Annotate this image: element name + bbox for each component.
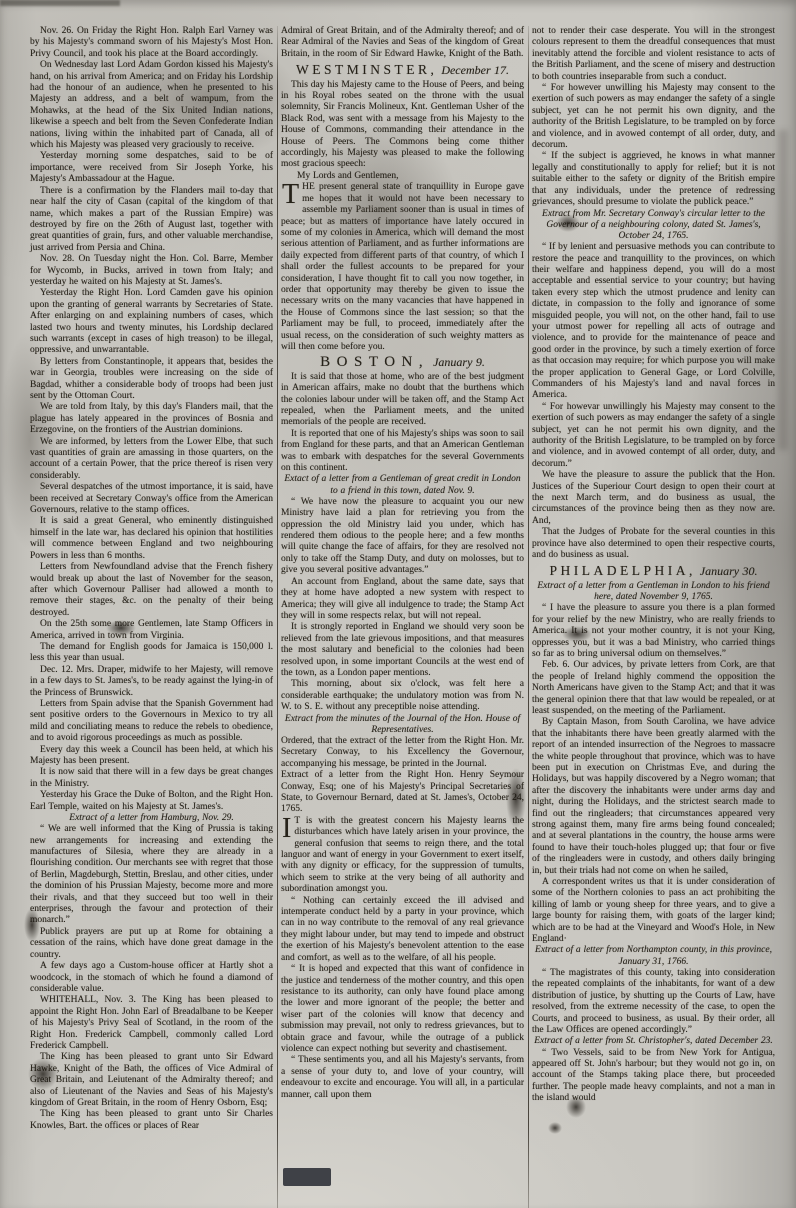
paragraph: The demand for English goods for Jamaica…: [30, 642, 273, 665]
paragraph: Several despatches of the utmost importa…: [30, 482, 273, 516]
paragraph: It is now said that there will in a few …: [30, 767, 273, 790]
extract-heading: Extact of a letter from a Gentleman of g…: [281, 474, 524, 496]
extract-heading: Extract from the minutes of the Journal …: [281, 714, 524, 736]
paragraph-text: By letters from Constantinople, it appea…: [30, 357, 273, 401]
dateline-date: January 9.: [433, 355, 485, 369]
paragraph: Nov. 26. On Friday the Right Hon. Ralph …: [30, 26, 273, 60]
paragraph-text: not to render their case desperate. You …: [532, 26, 775, 82]
paragraph: It is said that those at home, who are o…: [281, 372, 524, 429]
paragraph-text: There is a confirmation by the Flanders …: [30, 186, 273, 253]
paragraph-text: Yesterday his Grace the Duke of Bolton, …: [30, 790, 273, 811]
paragraph-text: Dec. 12. Mrs. Draper, midwife to her Maj…: [30, 665, 273, 698]
paragraph: not to render their case desperate. You …: [532, 26, 775, 83]
paragraph-text: WHITEHALL, Nov. 3. The King has been ple…: [30, 995, 273, 1051]
paragraph-text: “ The magistrates of this county, taking…: [532, 968, 775, 1035]
dateline-name: BOSTON,: [320, 354, 429, 370]
paragraph-text: Extract of a letter from the Right Hon. …: [281, 770, 524, 814]
section-dateline: BOSTON, January 9.: [281, 357, 524, 368]
dateline-name: WESTMINSTER,: [296, 62, 437, 77]
salutation: My Lords and Gentlemen,: [281, 171, 524, 182]
paragraph: Yesterday morning some despatches, said …: [30, 151, 273, 185]
paragraph: By letters from Constantinople, it appea…: [30, 357, 273, 403]
paragraph-text: Feb. 6. Our advices, by private letters …: [532, 660, 775, 716]
paragraph-text: The King has been pleased to grant unto …: [30, 1109, 273, 1130]
scan-edge-streak: [778, 130, 788, 450]
paragraph: On Wednesday last Lord Adam Gordon kisse…: [30, 60, 273, 151]
paragraph: Feb. 6. Our advices, by private letters …: [532, 660, 775, 717]
scan-edge-shadow: [0, 0, 120, 6]
paragraph-text: Yesterday the Right Hon. Lord Camden gav…: [30, 288, 273, 355]
paragraph-text: It is reported that one of his Majesty's…: [281, 429, 524, 473]
extract-heading: Extract of a letter from a Gentleman in …: [532, 581, 775, 603]
paragraph: This morning, about six o'clock, was fel…: [281, 679, 524, 713]
paragraph: WHITEHALL, Nov. 3. The King has been ple…: [30, 995, 273, 1052]
column-divider-left: [277, 26, 278, 1208]
paragraph-text: Nov. 28. On Tuesday night the Hon. Col. …: [30, 254, 273, 287]
paragraph-text: On the 25th some more Gentlemen, late St…: [30, 619, 273, 640]
paragraph: “ Two Vessels, said to be from New York …: [532, 1048, 775, 1105]
paragraph-text: Every day this week a Council has been h…: [30, 745, 273, 766]
paragraph-text: The King has been pleased to grant unto …: [30, 1052, 273, 1108]
newspaper-page: Nov. 26. On Friday the Right Hon. Ralph …: [0, 0, 796, 1208]
paragraph-text: We have the pleasure to assure the publi…: [532, 470, 775, 526]
paragraph-text: Nov. 26. On Friday the Right Hon. Ralph …: [30, 26, 273, 59]
paragraph: “ If by lenient and persuasive methods y…: [532, 242, 775, 402]
paragraph: THE present general state of tranquillit…: [281, 182, 524, 353]
paragraph-text: Letters from Newfoundland advise that th…: [30, 562, 273, 618]
section-dateline: WESTMINSTER, December 17.: [281, 64, 524, 76]
paragraph: Yesterday his Grace the Duke of Bolton, …: [30, 790, 273, 813]
paragraph: “ We have now the pleasure to acquaint y…: [281, 497, 524, 577]
paragraph: “ It is hoped and expected that this wan…: [281, 964, 524, 1055]
paragraph-text: An account from England, about the same …: [281, 577, 524, 621]
page-columns: Nov. 26. On Friday the Right Hon. Ralph …: [30, 26, 775, 1208]
paragraph-text: This day his Majesty came to the House o…: [281, 80, 524, 170]
paragraph: We are informed, by letters from the Low…: [30, 437, 273, 483]
paragraph: “ We are well informed that the King of …: [30, 824, 273, 927]
paragraph-text: Extract of a letter from St. Christopher…: [534, 1036, 773, 1046]
paragraph-text: On Wednesday last Lord Adam Gordon kisse…: [30, 60, 273, 150]
extract-heading: Extract of a letter from Hamburg, Nov. 2…: [30, 813, 273, 824]
column-right: not to render their case desperate. You …: [532, 26, 775, 1208]
paragraph-text: “ If the subject is aggrieved, he knows …: [532, 151, 775, 207]
paragraph-text: Extract of a letter from a Gentleman in …: [537, 581, 769, 602]
paragraph: Ordered, that the extract of the letter …: [281, 736, 524, 770]
paragraph-text: It is now said that there will in a few …: [30, 767, 273, 788]
section-dateline: PHILADELPHIA, January 30.: [532, 565, 775, 577]
paragraph: We have the pleasure to assure the publi…: [532, 470, 775, 527]
paragraph: “ If the subject is aggrieved, he knows …: [532, 151, 775, 208]
paragraph-text: It is strongly reported in England we sh…: [281, 622, 524, 678]
paragraph-text: “ For howevar unwillingly his Majesty ma…: [532, 402, 775, 469]
paragraph: It is said a great General, who eminentl…: [30, 516, 273, 562]
paragraph: An account from England, about the same …: [281, 577, 524, 623]
paragraph-text: A correspondent writes us that it is und…: [532, 877, 775, 944]
paragraph: “ These sentiments you, and all his Maje…: [281, 1055, 524, 1101]
paragraph: Every day this week a Council has been h…: [30, 745, 273, 768]
column-left: Nov. 26. On Friday the Right Hon. Ralph …: [30, 26, 273, 1208]
paragraph: “ Nothing can certainly exceed the ill a…: [281, 896, 524, 964]
paragraph: There is a confirmation by the Flanders …: [30, 186, 273, 254]
paragraph-text: “ I have the pleasure to assure you ther…: [532, 603, 775, 659]
paragraph-text: Publick prayers are put up at Rome for o…: [30, 927, 273, 960]
paragraph-text: “ If by lenient and persuasive methods y…: [532, 242, 775, 400]
paragraph: The King has been pleased to grant unto …: [30, 1109, 273, 1132]
drop-cap: T: [281, 182, 302, 206]
paragraph-text: “ We are well informed that the King of …: [30, 824, 273, 925]
paragraph: This day his Majesty came to the House o…: [281, 80, 524, 171]
paragraph-text: That the Judges of Probate for the sever…: [532, 527, 775, 560]
paragraph: Extract of a letter from the Right Hon. …: [281, 770, 524, 816]
paragraph-text: Extract of a letter from Northampton cou…: [535, 945, 772, 966]
paragraph: Dec. 12. Mrs. Draper, midwife to her Maj…: [30, 665, 273, 699]
paragraph-text: Extract from the minutes of the Journal …: [285, 714, 520, 735]
paragraph-text: Yesterday morning some despatches, said …: [30, 151, 273, 184]
paragraph-text: Extract from Mr. Secretary Conway's circ…: [542, 209, 765, 241]
paragraph-text: Extract of a letter from Hamburg, Nov. 2…: [69, 813, 233, 823]
paragraph-text: T is with the greatest concern his Majes…: [281, 816, 524, 894]
dateline-name: PHILADELPHIA,: [549, 563, 695, 578]
paragraph: “ The magistrates of this county, taking…: [532, 968, 775, 1036]
paragraph: Nov. 28. On Tuesday night the Hon. Col. …: [30, 254, 273, 288]
paragraph-text: “ Two Vessels, said to be from New York …: [532, 1048, 775, 1104]
paragraph-text: HE present general state of tranquillity…: [281, 182, 524, 352]
paragraph-text: We are told from Italy, by this day's Fl…: [30, 402, 273, 435]
paragraph-text: A few days ago a Custom-house officer at…: [30, 961, 273, 994]
paragraph: “ I have the pleasure to assure you ther…: [532, 603, 775, 660]
paragraph-text: This morning, about six o'clock, was fel…: [281, 679, 524, 712]
paragraph-text: Ordered, that the extract of the letter …: [281, 736, 524, 769]
paragraph-text: Letters from Spain advise that the Spani…: [30, 699, 273, 743]
ink-blot-box: [283, 1168, 331, 1186]
paragraph: IT is with the greatest concern his Maje…: [281, 816, 524, 896]
paragraph: “ For howevar unwillingly his Majesty ma…: [532, 402, 775, 470]
paragraph-text: Several despatches of the utmost importa…: [30, 482, 273, 515]
paragraph-text: “ These sentiments you, and all his Maje…: [281, 1055, 524, 1099]
paragraph: A few days ago a Custom-house officer at…: [30, 961, 273, 995]
column-middle: Admiral of Great Britain, and of the Adm…: [281, 26, 524, 1208]
paragraph: “ For however unwilling his Majesty may …: [532, 83, 775, 151]
paragraph: We are told from Italy, by this day's Fl…: [30, 402, 273, 436]
drop-cap: I: [281, 816, 294, 840]
paragraph-text: It is said that those at home, who are o…: [281, 372, 524, 428]
extract-heading: Extract of a letter from St. Christopher…: [532, 1036, 775, 1047]
paragraph-text: It is said a great General, who eminentl…: [30, 516, 273, 560]
paragraph: It is reported that one of his Majesty's…: [281, 429, 524, 475]
paragraph-text: By Captain Mason, from South Carolina, w…: [532, 717, 775, 875]
paragraph: Letters from Newfoundland advise that th…: [30, 562, 273, 619]
paragraph-text: “ Nothing can certainly exceed the ill a…: [281, 896, 524, 963]
paragraph: That the Judges of Probate for the sever…: [532, 527, 775, 561]
paragraph: Yesterday the Right Hon. Lord Camden gav…: [30, 288, 273, 356]
paragraph-text: “ It is hoped and expected that this wan…: [281, 964, 524, 1054]
extract-heading: Extract of a letter from Northampton cou…: [532, 945, 775, 967]
paragraph-text: “ For however unwilling his Majesty may …: [532, 83, 775, 150]
dateline-date: January 30.: [700, 564, 758, 578]
paragraph: It is strongly reported in England we sh…: [281, 622, 524, 679]
paragraph: Letters from Spain advise that the Spani…: [30, 699, 273, 745]
column-divider-right: [528, 26, 529, 1208]
paragraph-text: We are informed, by letters from the Low…: [30, 437, 273, 481]
paragraph: By Captain Mason, from South Carolina, w…: [532, 717, 775, 877]
paragraph-text: My Lords and Gentlemen,: [297, 171, 398, 181]
paragraph: Publick prayers are put up at Rome for o…: [30, 927, 273, 961]
paragraph: A correspondent writes us that it is und…: [532, 877, 775, 945]
paragraph-text: Admiral of Great Britain, and of the Adm…: [281, 26, 524, 59]
dateline-date: December 17.: [441, 63, 509, 77]
paragraph-text: The demand for English goods for Jamaica…: [30, 642, 273, 663]
paragraph: The King has been pleased to grant unto …: [30, 1052, 273, 1109]
paragraph: On the 25th some more Gentlemen, late St…: [30, 619, 273, 642]
paragraph-text: “ We have now the pleasure to acquaint y…: [281, 497, 524, 575]
paragraph: Admiral of Great Britain, and of the Adm…: [281, 26, 524, 60]
paragraph-text: Extact of a letter from a Gentleman of g…: [284, 474, 520, 495]
extract-heading: Extract from Mr. Secretary Conway's circ…: [532, 209, 775, 243]
